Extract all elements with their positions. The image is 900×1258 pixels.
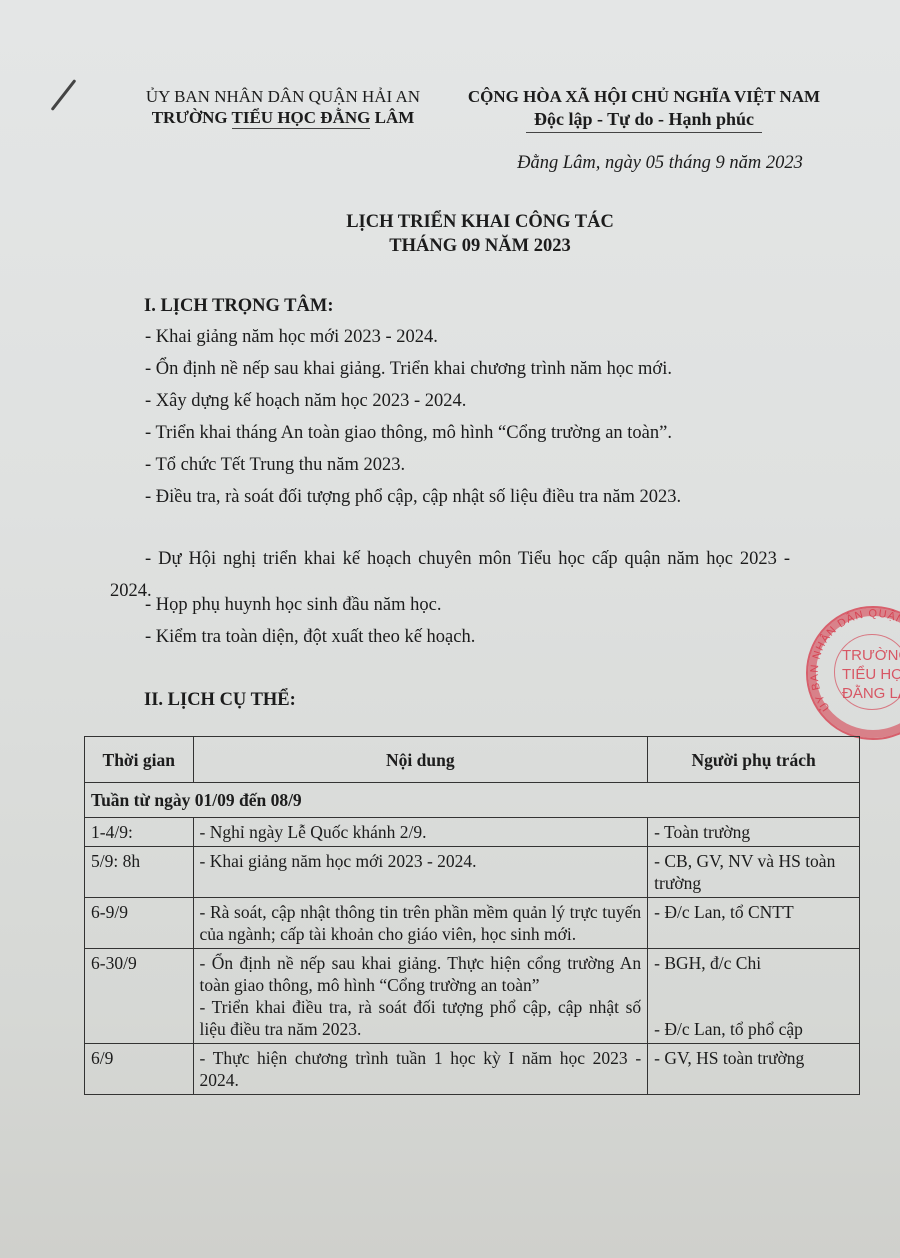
cell-content: - Thực hiện chương trình tuần 1 học kỳ I… (193, 1044, 648, 1095)
cell-time: 6-30/9 (85, 949, 194, 1044)
cell-owner: - BGH, đ/c Chi- Đ/c Lan, tổ phổ cập (648, 949, 860, 1044)
table-row: 1-4/9:- Nghỉ ngày Lễ Quốc khánh 2/9.- To… (85, 818, 860, 847)
stamp-school-name: TRƯỜNGTIỂU HỌĐẰNG LÂ (842, 646, 900, 703)
cell-time: 6-9/9 (85, 898, 194, 949)
column-header-time: Thời gian (85, 737, 194, 783)
column-header-content: Nội dung (193, 737, 648, 783)
schedule-table: Thời gian Nội dung Người phụ trách Tuần … (84, 736, 860, 1095)
cell-owner: - GV, HS toàn trường (648, 1044, 860, 1095)
table-row: 6-9/9- Rà soát, cập nhật thông tin trên … (85, 898, 860, 949)
issuer-authority: ỦY BAN NHÂN DÂN QUẬN HẢI AN (118, 86, 448, 107)
title-line-1: LỊCH TRIỂN KHAI CÔNG TÁC (200, 210, 760, 234)
cell-content: - Rà soát, cập nhật thông tin trên phần … (193, 898, 648, 949)
week-label: Tuần từ ngày 01/09 đến 08/9 (85, 783, 860, 818)
focus-item: - Xây dựng kế hoạch năm học 2023 - 2024. (145, 391, 466, 412)
national-motto: Độc lập - Tự do - Hạnh phúc (526, 108, 762, 133)
week-row: Tuần từ ngày 01/09 đến 08/9 (85, 783, 860, 818)
cell-content: - Ổn định nề nếp sau khai giảng. Thực hi… (193, 949, 648, 1044)
cell-content: - Khai giảng năm học mới 2023 - 2024. (193, 847, 648, 898)
focus-item: - Khai giảng năm học mới 2023 - 2024. (145, 327, 438, 348)
column-header-owner: Người phụ trách (648, 737, 860, 783)
focus-item: - Tổ chức Tết Trung thu năm 2023. (145, 455, 405, 476)
table-row: 5/9: 8h- Khai giảng năm học mới 2023 - 2… (85, 847, 860, 898)
date-line: Đằng Lâm, ngày 05 tháng 9 năm 2023 (470, 153, 850, 174)
focus-item: - Họp phụ huynh học sinh đầu năm học. (145, 595, 441, 616)
pen-mark (51, 79, 77, 111)
cell-time: 1-4/9: (85, 818, 194, 847)
issuer-header: ỦY BAN NHÂN DÂN QUẬN HẢI AN TRƯỜNG TIỂU … (118, 86, 448, 128)
national-title: CỘNG HÒA XÃ HỘI CHỦ NGHĨA VIỆT NAM (448, 86, 840, 108)
official-stamp: ỦY BAN NHÂN DÂN QUẬN HẢI TRƯỜNGTIỂU HỌĐẰ… (806, 606, 900, 740)
cell-time: 6/9 (85, 1044, 194, 1095)
title-line-2: THÁNG 09 NĂM 2023 (200, 234, 760, 258)
table-header-row: Thời gian Nội dung Người phụ trách (85, 737, 860, 783)
cell-time: 5/9: 8h (85, 847, 194, 898)
cell-owner: - CB, GV, NV và HS toàn trường (648, 847, 860, 898)
national-header: CỘNG HÒA XÃ HỘI CHỦ NGHĨA VIỆT NAM Độc l… (448, 86, 840, 133)
cell-owner: - Đ/c Lan, tổ CNTT (648, 898, 860, 949)
focus-item: - Kiểm tra toàn diện, đột xuất theo kế h… (145, 627, 475, 648)
focus-item: - Triển khai tháng An toàn giao thông, m… (145, 423, 672, 444)
table-row: 6-30/9- Ổn định nề nếp sau khai giảng. T… (85, 949, 860, 1044)
table-row: 6/9- Thực hiện chương trình tuần 1 học k… (85, 1044, 860, 1095)
issuer-school: TRƯỜNG TIỂU HỌC ĐẰNG LÂM (152, 107, 415, 128)
focus-item: - Điều tra, rà soát đối tượng phổ cập, c… (145, 487, 681, 508)
cell-owner: - Toàn trường (648, 818, 860, 847)
section-2-heading: II. LỊCH CỤ THỂ: (144, 690, 296, 711)
cell-content: - Nghỉ ngày Lễ Quốc khánh 2/9. (193, 818, 648, 847)
section-1-heading: I. LỊCH TRỌNG TÂM: (144, 296, 333, 317)
document-title: LỊCH TRIỂN KHAI CÔNG TÁC THÁNG 09 NĂM 20… (200, 210, 760, 258)
focus-item: - Ổn định nề nếp sau khai giảng. Triển k… (145, 359, 672, 380)
